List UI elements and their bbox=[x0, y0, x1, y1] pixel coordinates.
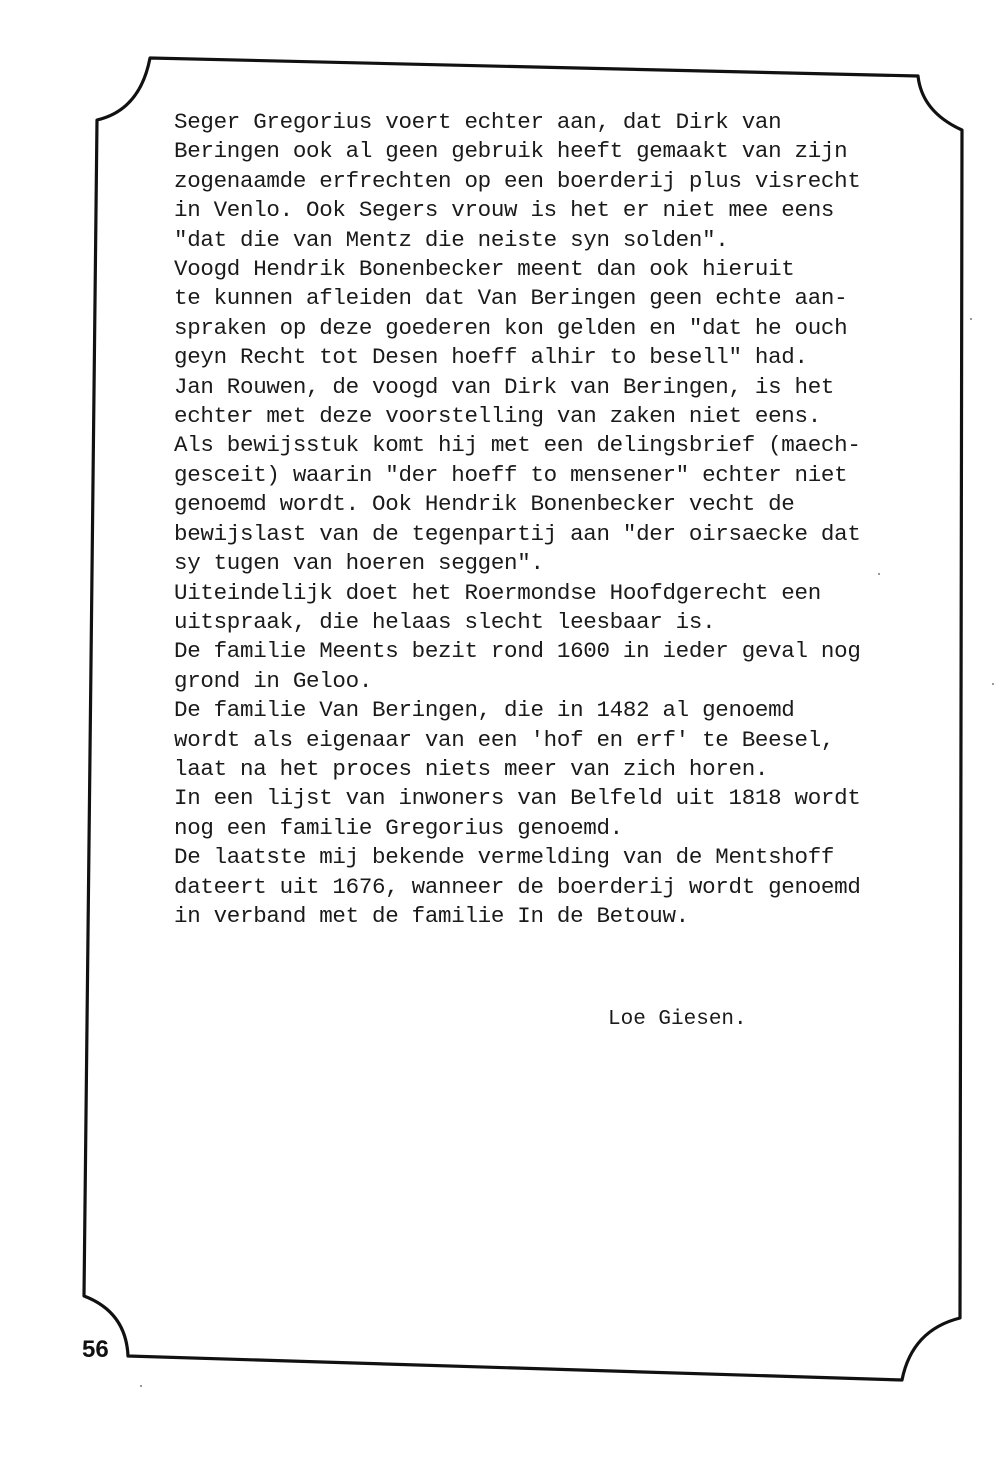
page-number: 56 bbox=[82, 1336, 109, 1364]
text-line: nog een familie Gregorius genoemd. bbox=[174, 814, 954, 843]
scan-speck bbox=[140, 1385, 142, 1387]
text-line: "dat die van Mentz die neiste syn solden… bbox=[174, 226, 954, 255]
text-line: spraken op deze goederen kon gelden en "… bbox=[174, 314, 954, 343]
text-line: De familie Meents bezit rond 1600 in ied… bbox=[174, 637, 954, 666]
text-line: echter met deze voorstelling van zaken n… bbox=[174, 402, 954, 431]
text-line: Voogd Hendrik Bonenbecker meent dan ook … bbox=[174, 255, 954, 284]
article-body: Seger Gregorius voert echter aan, dat Di… bbox=[174, 108, 954, 931]
text-line: geyn Recht tot Desen hoeff alhir to bese… bbox=[174, 343, 954, 372]
text-line: Jan Rouwen, de voogd van Dirk van Bering… bbox=[174, 373, 954, 402]
text-line: In een lijst van inwoners van Belfeld ui… bbox=[174, 784, 954, 813]
text-line: sy tugen van hoeren seggen". bbox=[174, 549, 954, 578]
text-line: bewijslast van de tegenpartij aan "der o… bbox=[174, 520, 954, 549]
text-line: De laatste mij bekende vermelding van de… bbox=[174, 843, 954, 872]
text-line: De familie Van Beringen, die in 1482 al … bbox=[174, 696, 954, 725]
text-line: Beringen ook al geen gebruik heeft gemaa… bbox=[174, 137, 954, 166]
text-line: in Venlo. Ook Segers vrouw is het er nie… bbox=[174, 196, 954, 225]
text-line: in verband met de familie In de Betouw. bbox=[174, 902, 954, 931]
scan-speck bbox=[992, 683, 994, 685]
scan-speck bbox=[878, 573, 880, 575]
text-line: uitspraak, die helaas slecht leesbaar is… bbox=[174, 608, 954, 637]
text-line: zogenaamde erfrechten op een boerderij p… bbox=[174, 167, 954, 196]
text-line: Als bewijsstuk komt hij met een delingsb… bbox=[174, 431, 954, 460]
text-line: grond in Geloo. bbox=[174, 667, 954, 696]
text-line: Seger Gregorius voert echter aan, dat Di… bbox=[174, 108, 954, 137]
text-line: wordt als eigenaar van een 'hof en erf' … bbox=[174, 726, 954, 755]
text-line: genoemd wordt. Ook Hendrik Bonenbecker v… bbox=[174, 490, 954, 519]
scan-speck bbox=[970, 318, 972, 320]
author-signature: Loe Giesen. bbox=[608, 1008, 747, 1031]
text-line: dateert uit 1676, wanneer de boerderij w… bbox=[174, 873, 954, 902]
text-line: Uiteindelijk doet het Roermondse Hoofdge… bbox=[174, 579, 954, 608]
text-line: laat na het proces niets meer van zich h… bbox=[174, 755, 954, 784]
text-line: gesceit) waarin "der hoeff to mensener" … bbox=[174, 461, 954, 490]
text-line: te kunnen afleiden dat Van Beringen geen… bbox=[174, 284, 954, 313]
